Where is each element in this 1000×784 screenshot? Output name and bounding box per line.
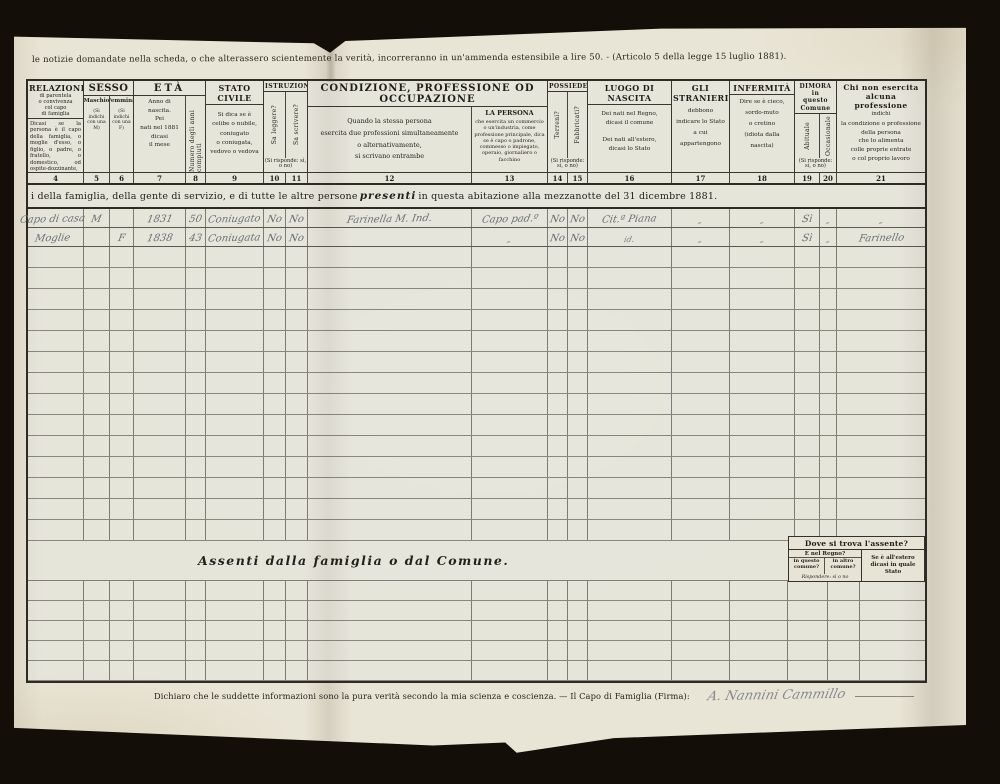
col-title: SESSO (84, 81, 133, 96)
col-title: INFERMITÀ (730, 81, 794, 95)
table-cell (308, 247, 472, 267)
fold-crease (326, 22, 336, 82)
table-cell: id. (588, 228, 672, 246)
table-cell (28, 415, 84, 435)
table-cell (588, 478, 672, 498)
table-cell (472, 310, 548, 330)
legal-notice: le notizie domandate nella scheda, o che… (32, 51, 952, 65)
handwritten-entry: F (117, 234, 126, 244)
subcol-due-professioni: Quando la stessa persona esercita due pr… (308, 107, 472, 172)
table-cell (28, 247, 84, 267)
table-cell (84, 331, 110, 351)
table-cell: „ (730, 209, 795, 227)
table-cell: „ (472, 228, 548, 246)
subcol-la-persona: LA PERSONA che esercita un commercio o u… (472, 107, 547, 172)
dove-regno-group: E nel Regno? in questo comune? in altro … (789, 550, 862, 581)
table-cell (186, 520, 206, 540)
table-cell (730, 641, 788, 660)
subcol-occasionale: Occasionale (820, 114, 836, 158)
table-cell (286, 247, 308, 267)
section-presenti: i della famiglia, della gente di servizi… (28, 185, 925, 209)
table-cell (795, 310, 820, 330)
table-cell (795, 499, 820, 519)
table-cell: No (264, 209, 286, 227)
table-cell (472, 352, 548, 372)
col-title: ISTRUZIONE (264, 81, 307, 92)
table-cell (588, 373, 672, 393)
table-cell (134, 520, 186, 540)
table-cell (672, 331, 730, 351)
table-cell (788, 581, 828, 600)
table-cell (286, 373, 308, 393)
handwritten-entry: Moglie (34, 234, 71, 245)
table-cell (472, 661, 548, 680)
table-cell (264, 268, 286, 288)
table-cell (568, 581, 588, 600)
table-cell (264, 310, 286, 330)
table-cell (820, 394, 837, 414)
table-cell (206, 436, 264, 456)
table-cell (264, 289, 286, 309)
table-cell (568, 520, 588, 540)
scanned-census-form: { "page": { "top_notice": "le notizie do… (0, 0, 1000, 784)
table-cell (206, 601, 264, 620)
table-cell (264, 601, 286, 620)
table-cell: 43 (186, 228, 206, 246)
table-cell (837, 415, 925, 435)
handwritten-entry: „ (825, 217, 831, 225)
table-cell (837, 268, 925, 288)
handwritten-entry: Coniugato (207, 214, 261, 225)
table-cell: Farinella M. Ind. (308, 209, 472, 227)
table-cell (568, 457, 588, 477)
table-cell (548, 621, 568, 640)
subcol-desc: Quando la stessa persona esercita due pr… (319, 114, 461, 165)
table-cell (186, 247, 206, 267)
col-footnote: (Si risponde: sì, o no) (264, 158, 307, 172)
table-cell (186, 352, 206, 372)
table-cell (264, 394, 286, 414)
table-cell (186, 457, 206, 477)
col-possiede: POSSIEDE Terreni? Fabbricati? (Si rispon… (548, 81, 588, 172)
table-cell (472, 581, 548, 600)
table-cell (837, 394, 925, 414)
col-title: ETÀ (134, 81, 205, 96)
table-cell (134, 331, 186, 351)
table-cell (186, 394, 206, 414)
table-cell: No (286, 209, 308, 227)
subcol-label-vertical: Terreni? (554, 111, 561, 139)
table-cell (28, 661, 84, 680)
table-cell (548, 394, 568, 414)
table-cell (84, 520, 110, 540)
table-cell (28, 331, 84, 351)
table-cell: No (568, 228, 588, 246)
table-cell (134, 268, 186, 288)
table-row: Capo di casaM183150ConiugatoNoNoFarinell… (28, 209, 925, 228)
table-cell (286, 520, 308, 540)
table-row (28, 601, 925, 621)
table-cell (28, 601, 84, 620)
table-cell (286, 436, 308, 456)
table-cell (308, 436, 472, 456)
table-row: MoglieF183843ConiugataNoNo„NoNoid.„„Sì„F… (28, 228, 925, 247)
table-cell (548, 661, 568, 680)
table-cell (286, 352, 308, 372)
table-cell (730, 661, 788, 680)
table-cell (308, 352, 472, 372)
table-cell (286, 581, 308, 600)
table-cell (206, 310, 264, 330)
table-cell (788, 661, 828, 680)
table-cell (795, 352, 820, 372)
table-cell (110, 352, 134, 372)
subcol-fabbricati: Fabbricati? (568, 92, 587, 158)
handwritten-entry: No (266, 234, 283, 244)
handwritten-entry: No (549, 215, 566, 225)
table-cell (308, 331, 472, 351)
table-cell (28, 520, 84, 540)
table-cell (110, 478, 134, 498)
table-cell (672, 661, 730, 680)
table-cell: Coniugato (206, 209, 264, 227)
table-cell (84, 436, 110, 456)
table-cell (134, 415, 186, 435)
col-eta: ETÀ Anno di nascita. Pei nati nel 1881 d… (134, 81, 206, 172)
table-cell (788, 621, 828, 640)
table-cell (186, 436, 206, 456)
table-cell (820, 331, 837, 351)
table-cell (548, 331, 568, 351)
table-cell (837, 457, 925, 477)
table-cell (730, 499, 795, 519)
table-cell (672, 621, 730, 640)
table-cell (110, 661, 134, 680)
table-cell (568, 621, 588, 640)
presenti-emphasis: presenti (358, 190, 419, 202)
handwritten-entry: M (90, 215, 102, 225)
table-cell (308, 520, 472, 540)
table-header: RELAZIONE di parentela o convivenza col … (28, 81, 925, 173)
table-cell (308, 394, 472, 414)
table-cell (820, 310, 837, 330)
table-cell (860, 641, 925, 660)
table-cell (568, 478, 588, 498)
handwritten-entry: Cit.ª Piana (601, 214, 657, 225)
table-cell (308, 641, 472, 660)
table-cell (264, 436, 286, 456)
table-cell (588, 415, 672, 435)
dove-altro-comune: in altro comune? (825, 558, 861, 574)
table-cell (286, 661, 308, 680)
col-num: 12 (308, 173, 472, 183)
table-cell (84, 268, 110, 288)
table-cell (84, 394, 110, 414)
col-condizione: CONDIZIONE, PROFESSIONE OD OCCUPAZIONE Q… (308, 81, 548, 172)
table-cell (828, 581, 860, 600)
table-cell (568, 661, 588, 680)
table-cell (672, 289, 730, 309)
table-cell (308, 581, 472, 600)
table-row (28, 661, 925, 681)
table-cell (837, 478, 925, 498)
table-cell (588, 641, 672, 660)
table-cell (548, 457, 568, 477)
table-cell (730, 352, 795, 372)
table-cell (860, 601, 925, 620)
table-cell (568, 247, 588, 267)
table-cell (84, 581, 110, 600)
col-num: 5 (84, 173, 110, 183)
table-cell (28, 436, 84, 456)
table-cell (286, 601, 308, 620)
col-subtitle: di parentela o convivenza col capo di fa… (28, 94, 83, 118)
table-cell (286, 457, 308, 477)
table-cell (110, 331, 134, 351)
table-cell (286, 478, 308, 498)
table-cell (588, 310, 672, 330)
head-of-family-signature: A. Nannini Cammillo (696, 687, 857, 705)
table-cell (134, 310, 186, 330)
table-cell (548, 478, 568, 498)
table-cell (568, 310, 588, 330)
table-cell (84, 621, 110, 640)
table-cell (472, 641, 548, 660)
subcol-label-vertical: Occasionale (825, 116, 832, 156)
table-cell (568, 415, 588, 435)
table-cell (828, 621, 860, 640)
table-cell (588, 268, 672, 288)
presenti-text: in questa abitazione alla mezzanotte del… (418, 191, 717, 202)
table-cell (264, 457, 286, 477)
section-assenti: Assenti dalla famiglia o dal Comune. Dov… (28, 541, 925, 581)
table-cell (730, 331, 795, 351)
table-cell (206, 641, 264, 660)
table-cell (672, 457, 730, 477)
table-cell: 1838 (134, 228, 186, 246)
handwritten-entry: „ (698, 217, 704, 225)
table-cell (837, 331, 925, 351)
table-cell (588, 601, 672, 620)
table-cell (134, 499, 186, 519)
table-cell (84, 499, 110, 519)
table-cell (84, 247, 110, 267)
table-cell (548, 415, 568, 435)
handwritten-entry: No (569, 215, 586, 225)
table-cell: „ (730, 228, 795, 246)
subcol-anno-nascita: Anno di nascita. Pei nati nel 1881 dicas… (134, 96, 186, 172)
col-footnote: (Si risponde: sì, o no) (795, 158, 836, 172)
col-istruzione: ISTRUZIONE Sa leggere? Sa scrivere? (Si … (264, 81, 308, 172)
table-cell (672, 499, 730, 519)
table-cell (110, 310, 134, 330)
table-cell: No (548, 228, 568, 246)
table-cell: „ (672, 209, 730, 227)
table-cell (264, 415, 286, 435)
table-cell (588, 289, 672, 309)
table-row (28, 436, 925, 457)
table-cell (820, 499, 837, 519)
table-cell (568, 331, 588, 351)
table-cell (110, 601, 134, 620)
table-row (28, 621, 925, 641)
table-cell (568, 289, 588, 309)
col-desc: Dicasi se la persona è il capo della fam… (28, 119, 83, 172)
table-cell (206, 394, 264, 414)
table-cell (820, 352, 837, 372)
col-dimora: DIMORA in questo Comune Abituale Occasio… (795, 81, 837, 172)
table-cell (206, 289, 264, 309)
signature-line (855, 696, 914, 697)
table-cell (110, 436, 134, 456)
table-cell (588, 621, 672, 640)
col-num: 19 (795, 173, 820, 183)
table-cell (206, 621, 264, 640)
table-cell (134, 641, 186, 660)
col-desc: Dire se è cieco, sordo-muto o cretino (i… (730, 95, 794, 154)
table-cell (730, 394, 795, 414)
table-cell (588, 394, 672, 414)
col-title: GLI STRANIERI (672, 81, 729, 104)
col-relazione: RELAZIONE di parentela o convivenza col … (28, 81, 84, 172)
table-cell (308, 289, 472, 309)
table-cell (730, 478, 795, 498)
table-cell (730, 268, 795, 288)
table-cell (730, 247, 795, 267)
table-cell (206, 331, 264, 351)
table-cell (588, 352, 672, 372)
table-cell (28, 310, 84, 330)
table-cell (28, 373, 84, 393)
declaration-text: Dichiaro che le suddette informazioni so… (154, 691, 690, 701)
table-cell (730, 601, 788, 620)
table-cell (134, 289, 186, 309)
table-row (28, 373, 925, 394)
table-cell (472, 289, 548, 309)
table-cell (828, 601, 860, 620)
table-cell (28, 581, 84, 600)
table-cell (568, 436, 588, 456)
table-cell (186, 499, 206, 519)
table-row (28, 641, 925, 661)
col-desc: la condizione o professione della person… (837, 118, 925, 165)
handwritten-entry: „ (878, 217, 884, 225)
table-cell (472, 247, 548, 267)
handwritten-entry: „ (759, 217, 765, 225)
table-cell (730, 310, 795, 330)
table-cell (795, 415, 820, 435)
subcol-terreni: Terreni? (548, 92, 568, 158)
table-cell (206, 478, 264, 498)
table-cell (206, 457, 264, 477)
handwritten-entry: 43 (188, 234, 203, 244)
handwritten-entry: No (569, 234, 586, 244)
table-cell (588, 661, 672, 680)
table-cell: No (264, 228, 286, 246)
table-cell (110, 415, 134, 435)
table-cell: Moglie (28, 228, 84, 246)
table-cell (264, 331, 286, 351)
table-cell: F (110, 228, 134, 246)
table-cell (672, 520, 730, 540)
table-cell (286, 641, 308, 660)
table-cell (837, 310, 925, 330)
handwritten-entry: „ (698, 236, 704, 244)
col-title: POSSIEDE (548, 81, 587, 92)
table-cell (110, 499, 134, 519)
table-cell (820, 268, 837, 288)
table-cell (730, 289, 795, 309)
table-cell (548, 373, 568, 393)
table-cell: „ (837, 209, 925, 227)
table-cell (308, 478, 472, 498)
table-cell (795, 331, 820, 351)
table-cell: Farinello (837, 228, 925, 246)
table-cell (820, 373, 837, 393)
table-cell (206, 268, 264, 288)
table-cell (110, 209, 134, 227)
table-cell (134, 581, 186, 600)
table-cell (548, 601, 568, 620)
col-sesso: SESSO Maschio (Si indichi con una M) Fem… (84, 81, 134, 172)
table-cell (472, 436, 548, 456)
col-num: 9 (206, 173, 264, 183)
table-cell (206, 247, 264, 267)
table-cell (84, 352, 110, 372)
table-cell (264, 661, 286, 680)
table-row (28, 499, 925, 520)
table-cell (134, 247, 186, 267)
table-row (28, 247, 925, 268)
table-cell: Capo pad.º (472, 209, 548, 227)
subcol-anni-compiuti: Numero degli anni compiuti (186, 96, 205, 172)
table-cell (472, 601, 548, 620)
dove-si-trova-box: Dove si trova l'assente? E nel Regno? in… (788, 536, 925, 582)
table-cell (186, 289, 206, 309)
subcol-label-vertical: Abituale (804, 122, 811, 150)
table-row (28, 394, 925, 415)
table-cell (308, 310, 472, 330)
table-cell (548, 352, 568, 372)
table-cell (568, 373, 588, 393)
handwritten-entry: Farinello (857, 233, 904, 244)
handwritten-entry: Sì (801, 215, 813, 225)
table-cell (28, 394, 84, 414)
table-cell (795, 247, 820, 267)
table-cell (84, 641, 110, 660)
col-num: 16 (588, 173, 672, 183)
col-desc: debbono indicare lo Stato a cui apparten… (672, 104, 729, 152)
rows-presenti: Capo di casaM183150ConiugatoNoNoFarinell… (28, 209, 925, 541)
table-cell (134, 436, 186, 456)
col-num: 14 (548, 173, 568, 183)
table-cell (206, 415, 264, 435)
table-cell (308, 268, 472, 288)
table-row (28, 331, 925, 352)
table-cell (568, 268, 588, 288)
table-cell: Coniugata (206, 228, 264, 246)
table-cell (588, 331, 672, 351)
table-cell (286, 310, 308, 330)
table-cell (568, 352, 588, 372)
table-cell (795, 436, 820, 456)
table-cell (28, 289, 84, 309)
col-num: 21 (837, 173, 925, 183)
col-luogo-nascita: LUOGO DI NASCITA Dei nati nel Regno, dic… (588, 81, 672, 172)
col-num: 13 (472, 173, 548, 183)
assenti-title: Assenti dalla famiglia o dal Comune. (198, 553, 509, 568)
table-cell (588, 457, 672, 477)
